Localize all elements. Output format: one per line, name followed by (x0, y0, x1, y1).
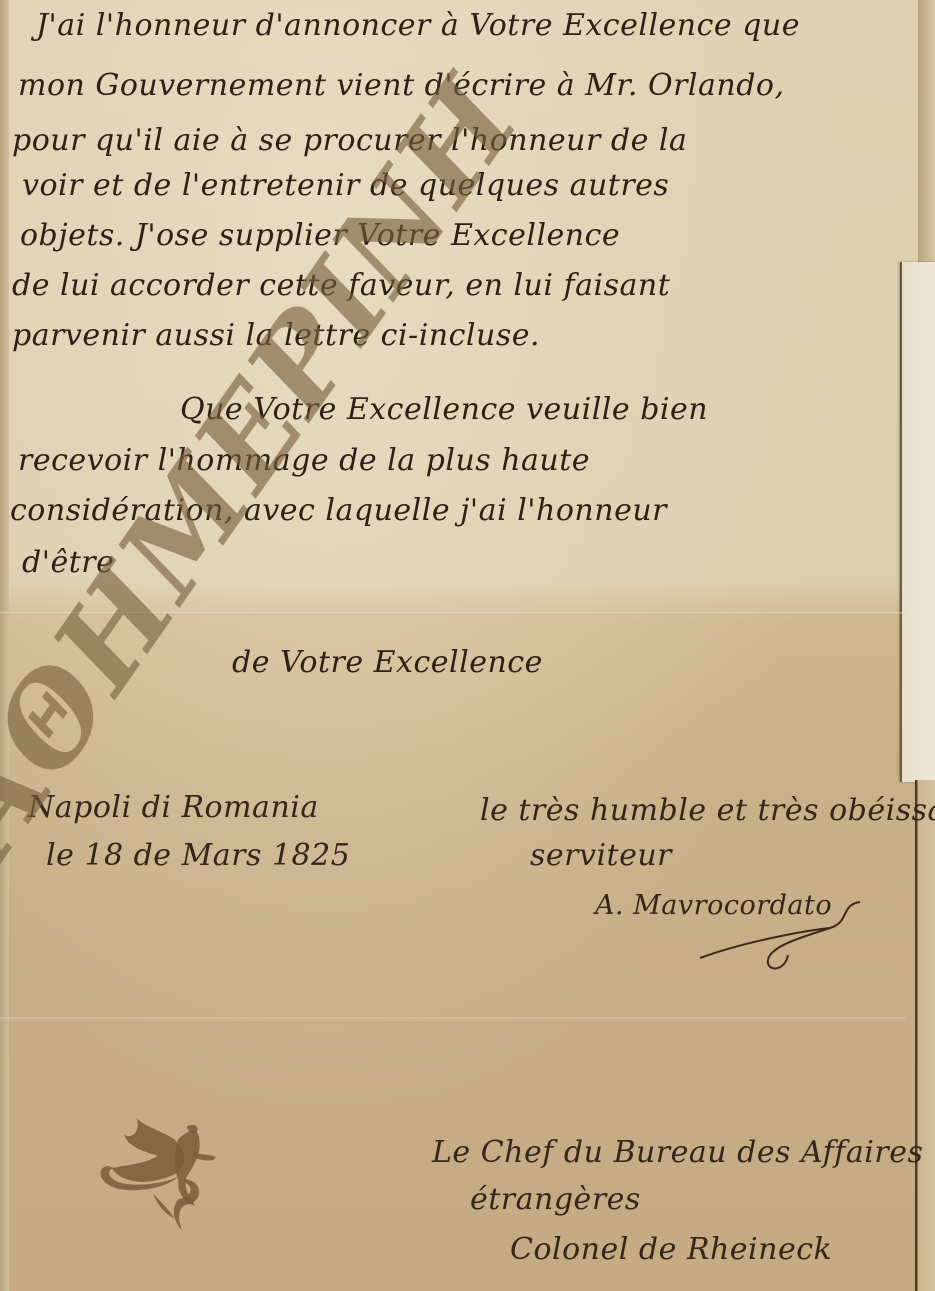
letter-line: objets. J'ose supplier Votre Excellence (20, 218, 620, 253)
salutation: de Votre Excellence (232, 645, 543, 680)
valediction-line: le très humble et très obéissant (480, 793, 935, 828)
letter-date: le 18 de Mars 1825 (46, 838, 350, 873)
letter-line: voir et de l'entretenir de quelques autr… (22, 168, 669, 203)
letter-place: Napoli di Romania (28, 790, 319, 825)
footer-line: étrangères (470, 1182, 641, 1217)
footer-line: Le Chef du Bureau des Affaires (432, 1135, 923, 1170)
letter-line: J'ai l'honneur d'annoncer à Votre Excell… (36, 8, 800, 43)
paper-fold-crease (0, 612, 905, 615)
griffin-emblem-icon (95, 1100, 245, 1245)
closing-line: recevoir l'hommage de la plus haute (18, 443, 590, 478)
closing-line: Que Votre Excellence veuille bien (180, 392, 708, 427)
signature-flourish (690, 900, 880, 980)
letter-line: mon Gouvernement vient d'écrire à Mr. Or… (18, 68, 785, 103)
letter-line: pour qu'il aie à se procurer l'honneur d… (12, 123, 687, 158)
page-left-edge (0, 0, 9, 1291)
letter-line: parvenir aussi la lettre ci-incluse. (12, 318, 540, 353)
inserted-paper-edge (900, 262, 935, 782)
closing-line: considération, avec laquelle j'ai l'honn… (10, 493, 667, 528)
page-right-edge (915, 780, 935, 1291)
valediction-line: serviteur (530, 838, 672, 873)
page-right-edge-top (918, 0, 935, 262)
footer-line: Colonel de Rheineck (510, 1232, 832, 1267)
paper-fold-crease (0, 1017, 905, 1023)
closing-line: d'être (22, 545, 114, 580)
letter-line: de lui accorder cette faveur, en lui fai… (12, 268, 670, 303)
